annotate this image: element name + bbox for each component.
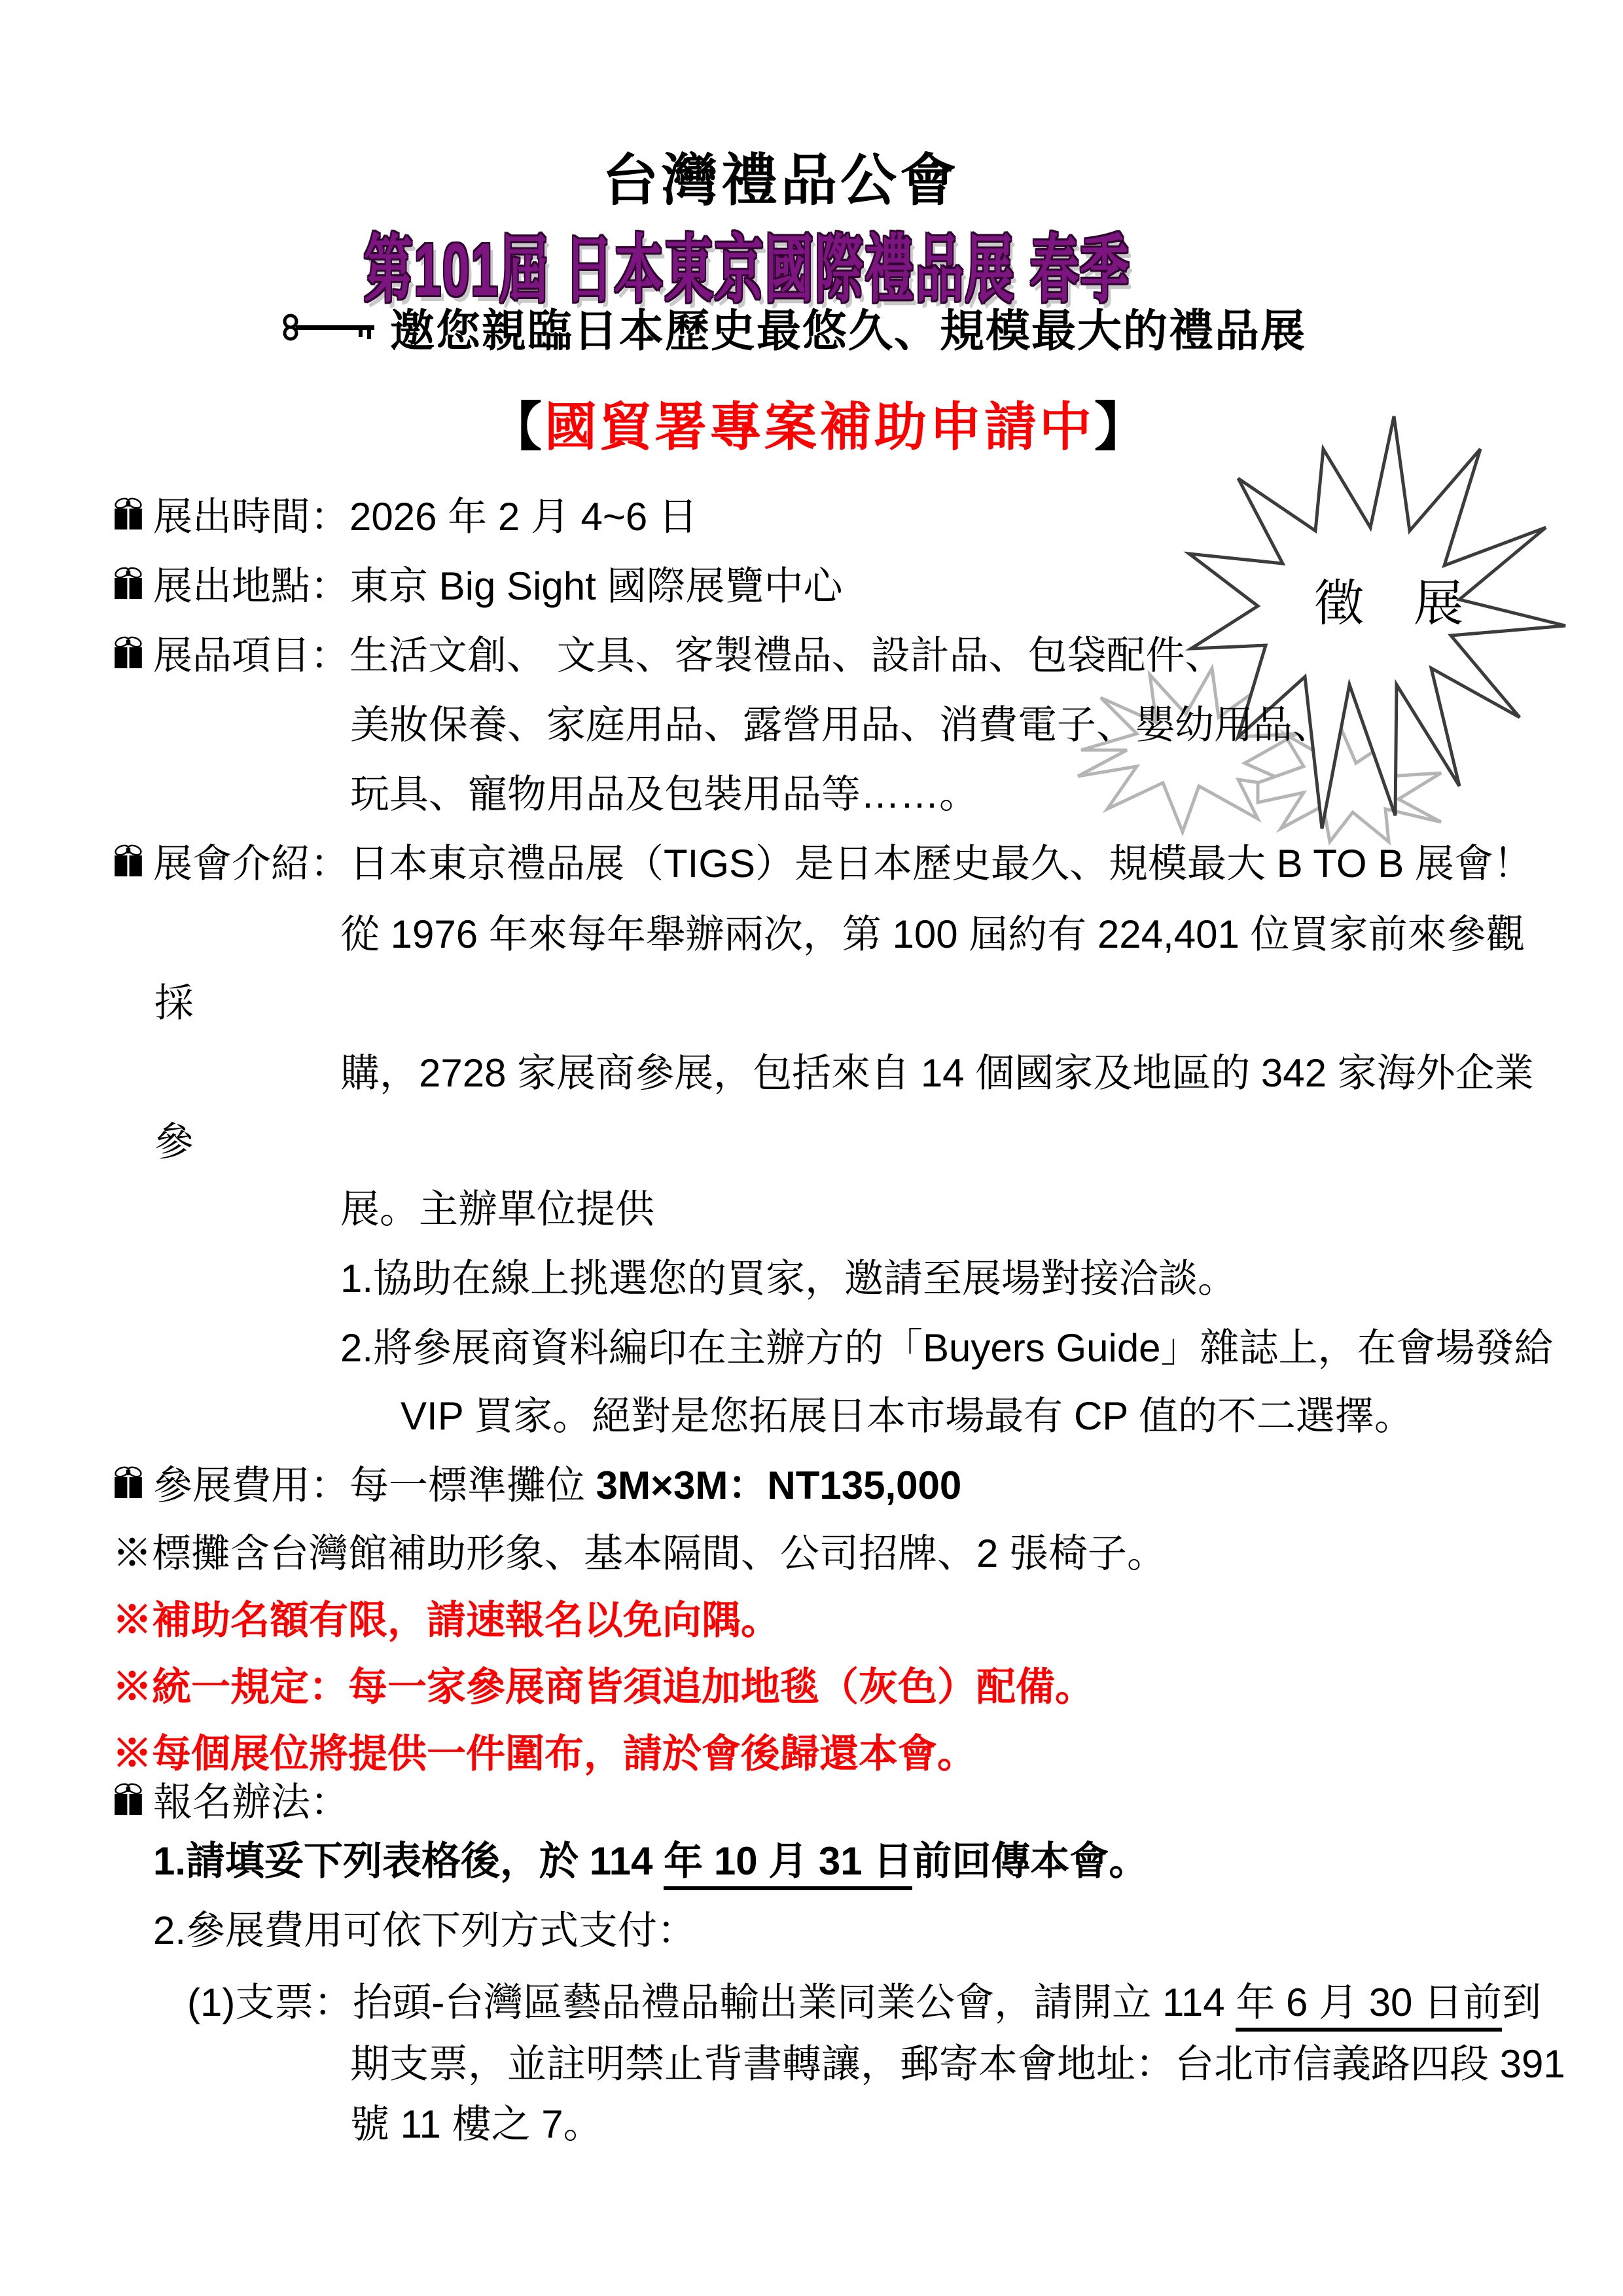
row-exhibit-time: 展出時間：2026 年 2 月 4~6 日 — [113, 486, 698, 542]
row-products: 展品項目：生活文創、 文具、客製禮品、設計品、包袋配件、 — [113, 624, 1224, 681]
event-subtitle-row: 邀您親臨日本歷史最悠久、規模最大的禮品展 — [281, 296, 1306, 359]
flyer-page: 台灣禮品公會 第101屆 日本東京國際禮品展 春季 邀您親臨日本歷史最悠久、規模… — [0, 0, 1623, 2296]
intro-point1: 1.協助在線上挑選您的買家，邀請至展場對接洽談。 — [340, 1247, 1237, 1304]
intro-line2: 從 1976 年來每年舉辦兩次，第 100 屆約有 224,401 位買家前來參… — [340, 903, 1525, 960]
intro-line4: 展。主辦單位提供 — [340, 1178, 654, 1234]
intro-wrap-char-1: 採 — [154, 972, 194, 1028]
note-carpet-rule: ※統一規定：每一家參展商皆須追加地毯（灰色）配備。 — [113, 1656, 1094, 1712]
fee-value: 每一標準攤位 — [349, 1463, 596, 1507]
signup-label: 報名辦法： — [153, 1771, 349, 1827]
note-booth-includes: ※標攤含台灣館補助形象、基本隔間、公司招牌、2 張椅子。 — [113, 1522, 1166, 1579]
payment-check-line1: (1)支票：抬頭-台灣區藝品禮品輸出業同業公會，請開立 114 年 6 月 30… — [187, 1971, 1541, 2028]
payment-check-deadline: 年 6 月 30 日前 — [1236, 1981, 1502, 2032]
intro-line3: 購，2728 家展商參展，包括來自 14 個國家及地區的 342 家海外企業 — [340, 1042, 1534, 1098]
subsidy-bracket-left: 【 — [490, 398, 544, 456]
signup-item1-post: 前回傳本會。 — [912, 1839, 1148, 1883]
gift-icon — [113, 1782, 144, 1817]
fee-line: 參展費用：每一標準攤位 3M×3M：NT135,000 — [153, 1454, 961, 1511]
organization-title: 台灣禮品公會 — [602, 135, 959, 216]
products-line3: 玩具、寵物用品及包裝用品等……。 — [350, 763, 978, 819]
fee-amount: 3M×3M：NT135,000 — [596, 1463, 962, 1507]
key-icon — [281, 313, 380, 343]
gift-icon — [113, 496, 144, 531]
intro-label: 展會介紹： — [153, 842, 349, 886]
gift-icon — [113, 565, 144, 601]
badge-text: 徵 展 — [1314, 576, 1463, 632]
fee-label: 參展費用： — [153, 1463, 349, 1507]
payment-check-post: 到 — [1502, 1981, 1541, 2024]
exhibit-place-line: 展出地點：東京 Big Sight 國際展覽中心 — [153, 555, 843, 611]
event-subtitle: 邀您親臨日本歷史最悠久、規模最大的禮品展 — [390, 296, 1306, 359]
row-signup: 報名辦法： — [113, 1771, 349, 1827]
gift-icon — [113, 1465, 144, 1500]
note-limited-quota: ※補助名額有限，請速報名以免向隅。 — [113, 1589, 780, 1645]
exhibit-time-line: 展出時間：2026 年 2 月 4~6 日 — [153, 486, 698, 542]
intro-wrap-char-2: 參 — [154, 1111, 194, 1167]
payment-check-line2: 期支票，並註明禁止背書轉讓，郵寄本會地址：台北市信義路四段 391 — [350, 2033, 1565, 2089]
exhibit-time-label: 展出時間： — [153, 495, 349, 539]
products-value1: 生活文創、 文具、客製禮品、設計品、包袋配件、 — [349, 634, 1224, 677]
row-fee: 參展費用：每一標準攤位 3M×3M：NT135,000 — [113, 1454, 961, 1511]
exhibit-place-value: 東京 Big Sight 國際展覽中心 — [349, 564, 843, 608]
intro-point2-line2: VIP 買家。絕對是您拓展日本市場最有 CP 值的不二選擇。 — [401, 1385, 1414, 1441]
signup-item1-pre: 1.請填妥下列表格後，於 114 — [153, 1839, 664, 1883]
signup-item2: 2.參展費用可依下列方式支付： — [153, 1899, 696, 1956]
exhibit-time-value: 2026 年 2 月 4~6 日 — [349, 495, 698, 539]
row-intro: 展會介紹：日本東京禮品展（TIGS）是日本歷史最久、規模最大 B TO B 展會… — [113, 833, 1533, 889]
gift-icon — [113, 843, 144, 878]
payment-check-line3: 號 11 樓之 7。 — [350, 2093, 603, 2149]
signup-item1: 1.請填妥下列表格後，於 114 年 10 月 31 日前回傳本會。 — [153, 1830, 1148, 1886]
signup-item1-deadline: 年 10 月 31 日 — [664, 1839, 912, 1890]
intro-value1: 日本東京禮品展（TIGS）是日本歷史最久、規模最大 B TO B 展會！ — [349, 842, 1533, 886]
exhibit-place-label: 展出地點： — [153, 564, 349, 608]
intro-line1: 展會介紹：日本東京禮品展（TIGS）是日本歷史最久、規模最大 B TO B 展會… — [153, 833, 1533, 889]
gift-icon — [113, 635, 144, 670]
intro-point2-line1: 2.將參展商資料編印在主辦方的「Buyers Guide」雜誌上，在會場發給 — [340, 1317, 1554, 1373]
row-exhibit-place: 展出地點：東京 Big Sight 國際展覽中心 — [113, 555, 843, 611]
products-line2: 美妝保養、家庭用品、露營用品、消費電子、嬰幼用品、 — [350, 694, 1332, 750]
products-line1: 展品項目：生活文創、 文具、客製禮品、設計品、包袋配件、 — [153, 624, 1224, 681]
payment-check-pre: (1)支票：抬頭-台灣區藝品禮品輸出業同業公會，請開立 114 — [187, 1981, 1236, 2024]
subsidy-text: 國貿署專案補助申請中 — [544, 398, 1094, 456]
products-label: 展品項目： — [153, 634, 349, 677]
